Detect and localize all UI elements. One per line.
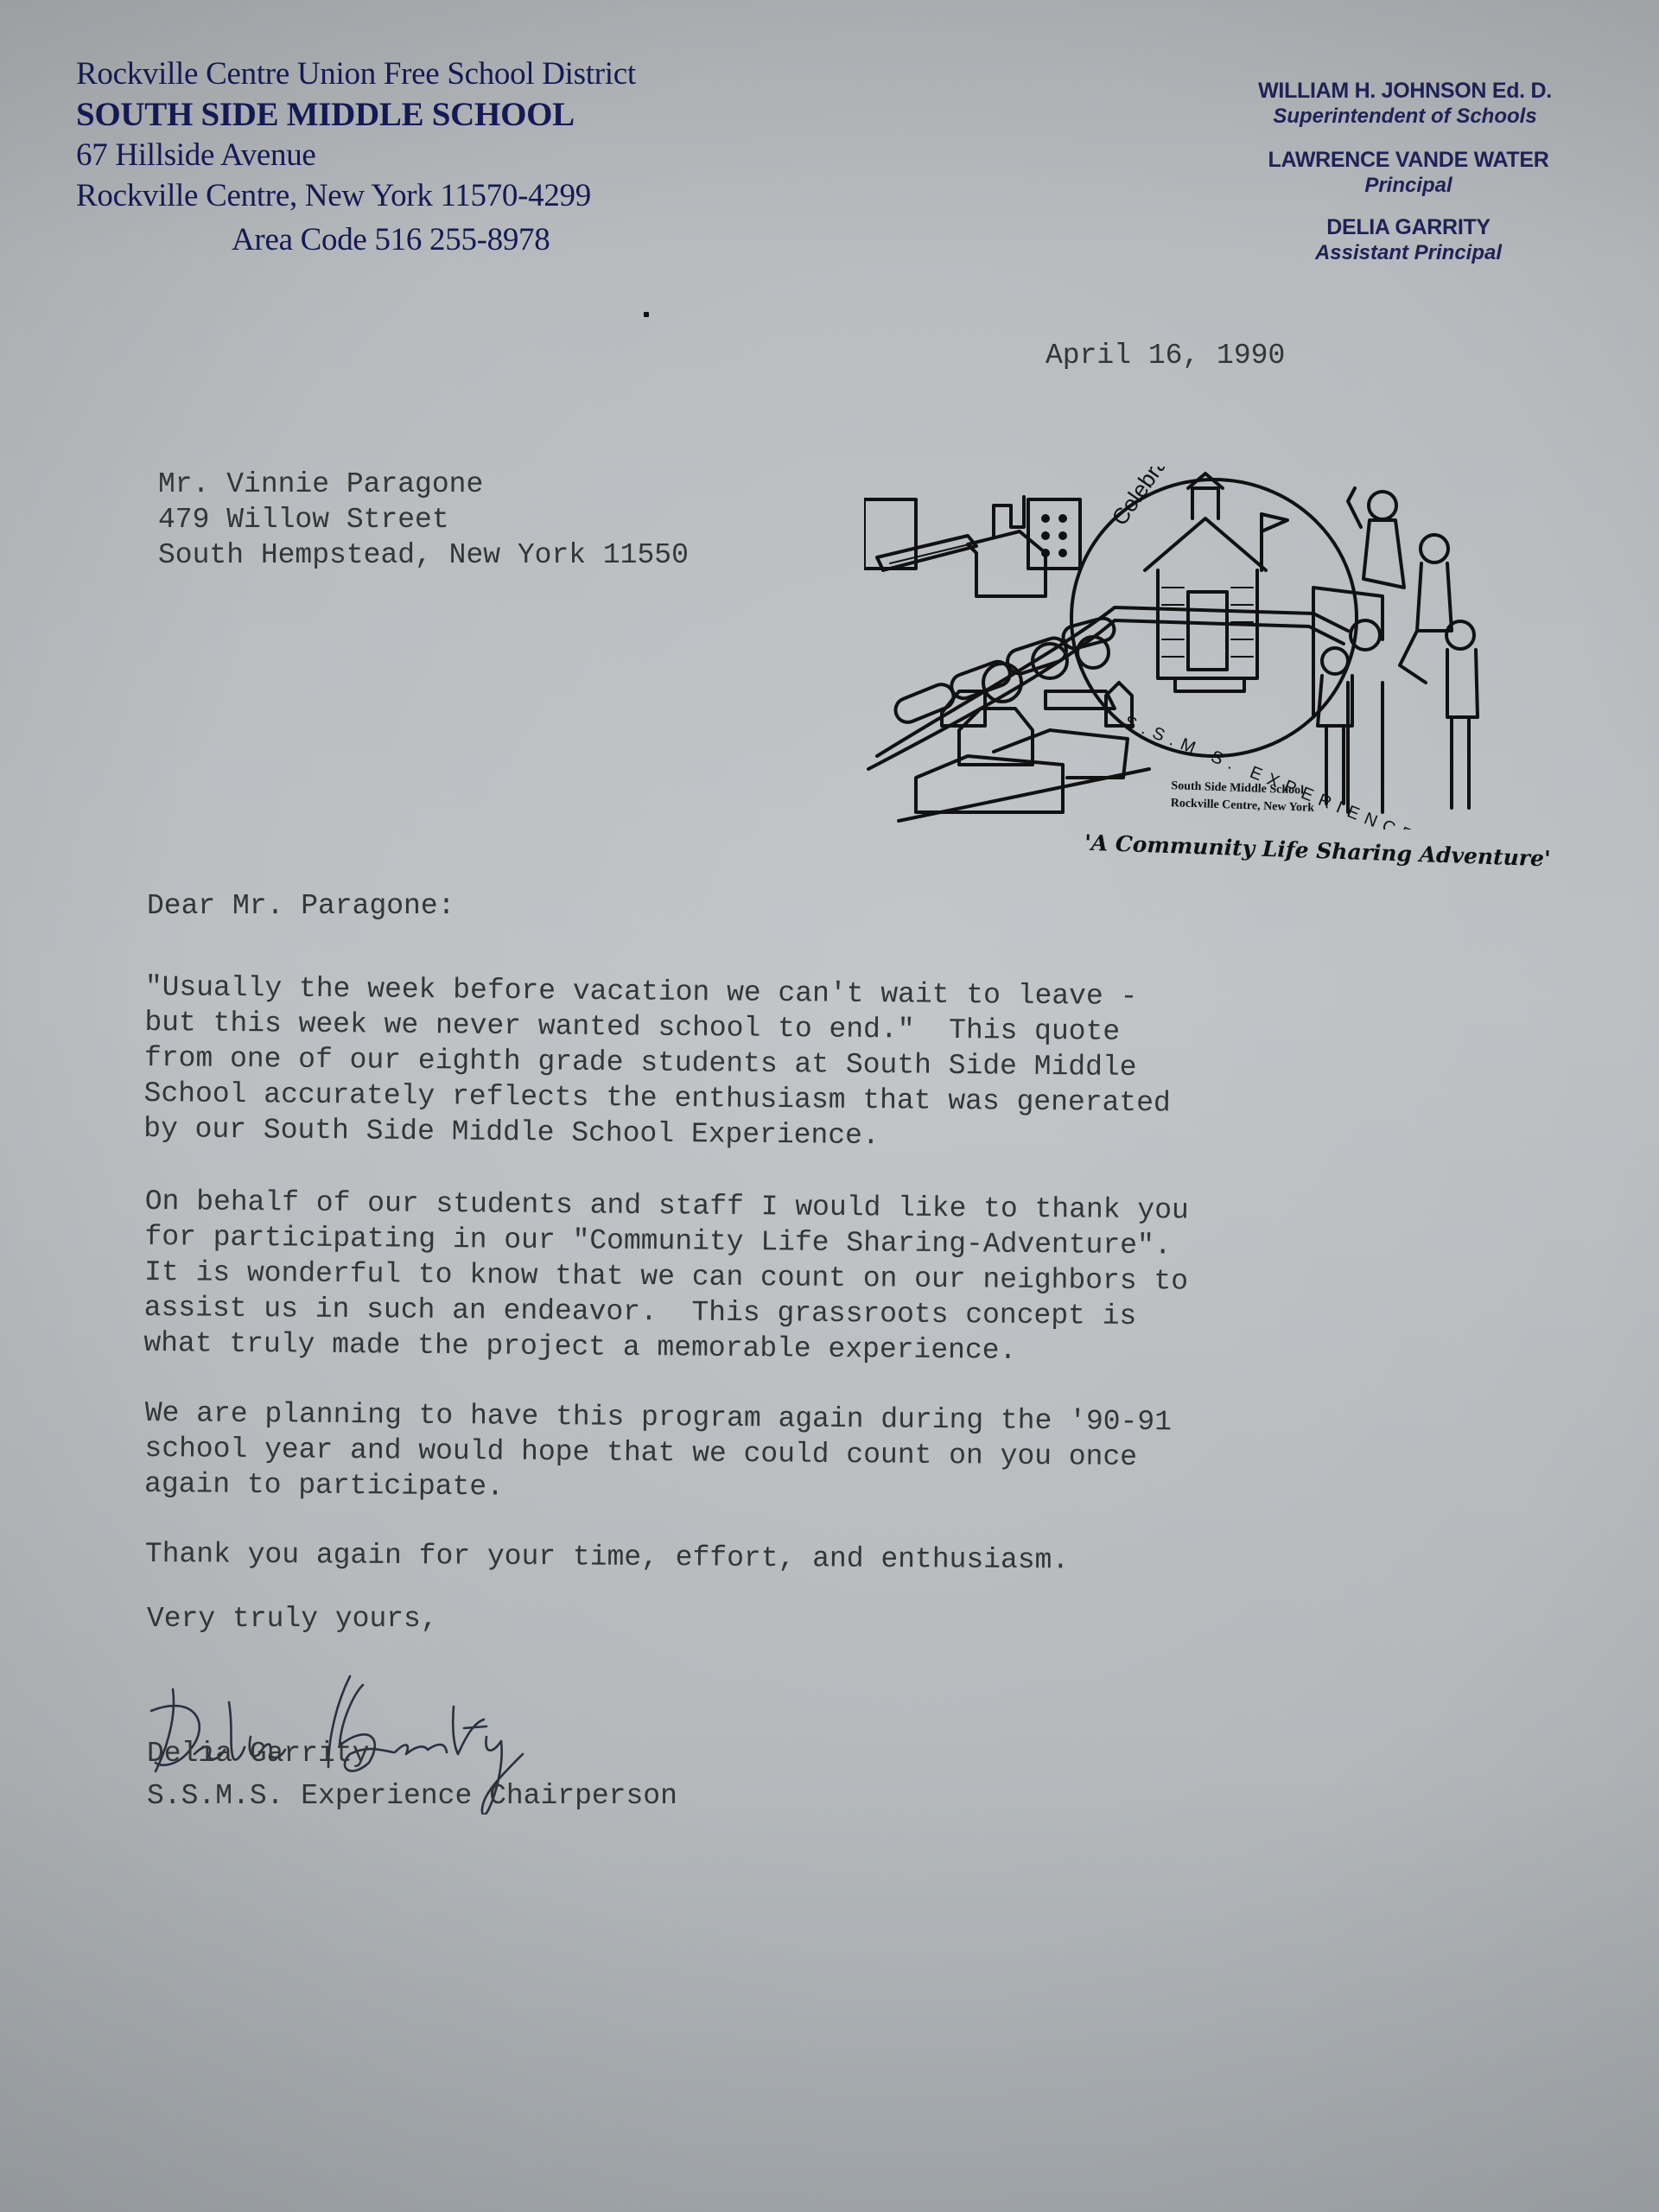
logo-caption: South Side Middle School Rockville Centr… (1170, 778, 1315, 817)
body-paragraph: Thank you again for your time, effort, a… (145, 1536, 1070, 1578)
letterhead-staff-block: WILLIAM H. JOHNSON Ed. D. Superintendent… (1210, 78, 1607, 283)
people-group-icon (1313, 488, 1478, 812)
body-paragraph: We are planning to have this program aga… (144, 1395, 1172, 1510)
letter-date: April 16, 1990 (1046, 340, 1285, 372)
logo-tagline: 'A Community Life Sharing Adventure' (1084, 830, 1551, 872)
staff-name: WILLIAM H. JOHNSON Ed. D. (1206, 78, 1604, 104)
recipient-address: Mr. Vinnie Paragone479 Willow StreetSout… (158, 467, 689, 573)
school-street: 67 Hillside Avenue (76, 135, 636, 175)
staff-principal: LAWRENCE VANDE WATER Principal (1210, 147, 1607, 199)
staff-title: Principal (1210, 173, 1607, 199)
school-city: Rockville Centre, New York 11570-4299 (76, 175, 636, 216)
community-logo-illustration: Celebrate S.S.M.S. EXPERIENCE (864, 467, 1486, 829)
ring-top-text: Celebrate (1106, 467, 1183, 530)
staff-superintendent: WILLIAM H. JOHNSON Ed. D. Superintendent… (1206, 78, 1604, 130)
signer-title: S.S.M.S. Experience Chairperson (147, 1780, 677, 1812)
schoolhouse-icon (1145, 474, 1287, 691)
staff-assistant-principal: DELIA GARRITY Assistant Principal (1210, 214, 1607, 266)
staff-name: DELIA GARRITY (1210, 214, 1607, 240)
signer-name: Delia Garrity (147, 1738, 369, 1770)
ink-speck (644, 312, 649, 317)
closing: Very truly yours, (147, 1603, 438, 1635)
school-name: SOUTH SIDE MIDDLE SCHOOL (76, 94, 636, 135)
body-paragraph: On behalf of our students and staff I wo… (143, 1184, 1189, 1370)
recipient-street: 479 Willow Street (158, 502, 689, 537)
staff-title: Assistant Principal (1210, 240, 1607, 266)
school-building-icon (899, 730, 1149, 821)
staff-title: Superintendent of Schools (1206, 104, 1604, 130)
staff-name: LAWRENCE VANDE WATER (1210, 147, 1607, 173)
letterhead-address-block: Rockville Centre Union Free School Distr… (76, 54, 636, 260)
buildings-icon (864, 497, 1080, 596)
recipient-name: Mr. Vinnie Paragone (158, 467, 689, 502)
salutation: Dear Mr. Paragone: (147, 890, 454, 922)
district-name: Rockville Centre Union Free School Distr… (76, 54, 636, 94)
school-phone: Area Code 516 255-8978 (232, 219, 636, 260)
body-paragraph: "Usually the week before vacation we can… (143, 969, 1172, 1156)
recipient-city: South Hempstead, New York 11550 (158, 537, 689, 573)
